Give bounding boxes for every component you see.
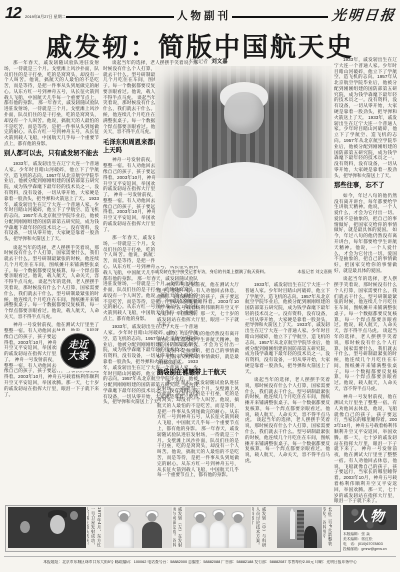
figure-head (234, 514, 243, 523)
launch-gantry (297, 510, 304, 540)
paragraph: 谈起当年的选择，老人摆摆手笑着说，那时候没有什么个人打算，国家需要什么，我们就去… (4, 245, 99, 320)
byline: 本报记者 刘文嘉 (188, 57, 228, 65)
engineer-figure (229, 523, 247, 548)
article-column-1: 那一年春天，戚发轫随试验队进驻发射场，一待就是三个月。戈壁滩上风沙扑面，队员们住… (4, 60, 99, 505)
renwu-logo-box: 人物 本版编辑：张 焱 美术编辑：郭红松 电 话：(010)67078803 投… (343, 505, 397, 550)
figure-head (148, 513, 157, 522)
paragraph: 如今，年过八旬的他仍然没有离开讲台，每年都要给学生讲航天精神。他说，一个人爱什么… (334, 193, 397, 274)
photo-caption: 戚发轫在家中接受记者专访，身后的书架上摆满了航天资料。 本报记者 刘文嘉摄 (155, 269, 332, 274)
paragraph: 谈起当年的选择，老人摆摆手笑着说，那时候没有什么个人打算，国家需要什么，我们就去… (334, 276, 397, 392)
photo-caption-text: 戚发轫在家中接受记者专访，身后的书架上摆满了航天资料。 (155, 269, 268, 274)
paragraph: 那一年春天，戚发轫随试验队进驻发射场，一待就是三个月。戈壁滩上风沙扑面，队员们住… (157, 380, 239, 478)
series-badge: 走近大家 (57, 331, 99, 371)
paragraph: 神舟一号发射前夜，他在测试大厅里坐了整整一宿。有人劝他回去休息，他说，飞船就像自… (334, 394, 397, 504)
editor-line: 投稿邮箱：gmrw@gmw.cn (343, 547, 397, 552)
masthead-logo: 光明日报 (331, 5, 397, 25)
imprint-line: 本报地址：北京市东城区珠市口东大街5号 邮政编码：100062 电话查号台：58… (4, 560, 396, 565)
rocket (290, 512, 295, 539)
portrait-photo (155, 66, 332, 266)
paragraph: 那一年春天，戚发轫随试验队进驻发射场，一待就是三个月。戈壁滩上风沙扑面，队员们住… (4, 60, 99, 147)
section-title: 人物副刊 (177, 8, 231, 23)
byline-name: 刘文嘉 (211, 59, 227, 65)
renwu-logo: 人物 (343, 505, 397, 530)
photo-credit: 本报记者 刘文嘉摄 (297, 269, 332, 274)
header-rule-right (232, 16, 328, 18)
header-rule-left (66, 16, 174, 18)
rocket-photo (277, 507, 322, 548)
paragraph: 1933年，戚发轫出生在辽宁大连一个普通人家。少年时目睹山河破碎，他立下了学航空… (4, 161, 99, 242)
subhead-3: 那些往事，忘不了 (334, 182, 397, 190)
subhead-4: 脑袋别在裤腰带上干航天 (157, 369, 239, 377)
engineer-figure (114, 522, 134, 548)
paragraph: 谈起当年的选择，老人摆摆手笑着说，那时候没有什么个人打算，国家需要什么，我们就去… (245, 377, 330, 464)
strip-caption-4: 长征二号F火箭整装待发。资料图片 (323, 507, 333, 548)
figure-head (215, 512, 224, 521)
series-badge-label: 走近大家 (66, 340, 90, 363)
paragraph: 1933年，戚发轫出生在辽宁大连一个普通人家。少年时目睹山河破碎，他立下了学航空… (245, 282, 330, 375)
viewer-silhouette (304, 526, 317, 548)
crowd-photo (8, 507, 86, 548)
photo-vignette (155, 66, 332, 266)
paragraph: 1933年，戚发轫出生在辽宁大连一个普通人家。少年时目睹山河破碎，他立下了学航空… (334, 57, 397, 178)
page-number: 12 (5, 5, 21, 23)
subhead-1: 别人都可以去，只有戚发轫不能去 (4, 150, 99, 158)
figure-head (196, 514, 205, 523)
footer-rule (4, 556, 396, 557)
cleanroom-photo-2 (185, 507, 251, 548)
article-column-4: 1933年，戚发轫出生在辽宁大连一个普通人家。少年时目睹山河破碎，他立下了学航空… (245, 282, 330, 505)
newspaper-page: 12 2019年8月27日 星期二 人物副刊 光明日报 戚发轫：简版中国航天史 … (0, 0, 400, 572)
article-column-3: 神舟一号发射前夜，他在测试大厅里坐了整整一宿。有人劝他回去休息，他说，飞船就像自… (157, 282, 239, 505)
engineer-figure (142, 522, 162, 548)
series-badge-circle: 走近大家 (60, 333, 96, 369)
strip-caption-2: 戚发轫（左）在发射场与同事交流。资料图片 (173, 507, 183, 548)
crowd-face (20, 521, 30, 533)
engineer-figure (191, 523, 209, 548)
editor-info: 本版编辑：张 焱 美术编辑：郭红松 电 话：(010)67078803 投稿邮箱… (343, 532, 397, 553)
strip-caption-1: 1970年4月，东方红一号卫星发射成功，人们涌上街头欢庆。资料图片 (87, 507, 102, 548)
crowd-face (50, 515, 65, 534)
paragraph: 神舟一号发射前夜，他在测试大厅里坐了整整一宿。有人劝他回去休息，他说，飞船就像自… (157, 282, 239, 328)
engineer-figure (210, 521, 228, 548)
article-column-5: 1933年，戚发轫出生在辽宁大连一个普通人家。少年时目睹山河破碎，他立下了学航空… (334, 57, 397, 505)
byline-prefix: 本报记者 (188, 59, 208, 65)
cleanroom-photo-1 (104, 507, 172, 548)
strip-caption-3: 戚发轫（中）与科研人员讨论技术方案。资料图片 (252, 507, 267, 548)
paragraph: 如今，年过八旬的他仍然没有离开讲台，每年都要给学生讲航天精神。他说，一个人爱什么… (157, 331, 239, 366)
figure-head (120, 513, 129, 522)
crowd-face (70, 511, 78, 520)
